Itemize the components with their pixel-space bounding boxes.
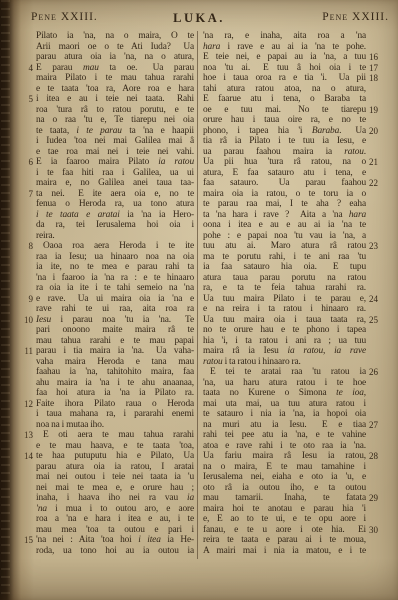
text-line: fenua o Heroda ra, ua tono atura	[36, 199, 194, 210]
verse-text: pari onoono maite maira râ te	[36, 325, 194, 336]
verse-text: e na reira i ta ratou i hinaaro ra.	[203, 304, 366, 315]
book-page: Pene XXIII. LUKA. Pene XXIII. Pilato ia …	[0, 0, 398, 600]
verse-text: Iesu i parau noa 'tu ia 'na. Te	[36, 315, 194, 326]
text-line: ia ite, no te mea e parau rahi ta	[36, 262, 194, 273]
text-line: na o maira, E te mau tamahine i	[203, 462, 366, 473]
verse-text: e, E ao to te ui, e te opu aore i	[203, 514, 366, 525]
text-line: 8Oaoa roa aera Heroda i te ite	[36, 241, 194, 252]
verse-number: 5	[14, 94, 33, 105]
text-line: maira oia ia ratou, o te toru ia o	[203, 189, 366, 200]
text-line: tia râ ia Pilato i te tuu ia Iesu, e	[203, 136, 366, 147]
verse-number: 22	[369, 178, 393, 189]
verse-text: ia ite, no te mea e parau rahi ta	[36, 262, 194, 273]
verse-text: raa ia Iesu; ua hinaaro noa na oia	[36, 252, 194, 263]
running-head-title: LUKA.	[173, 11, 225, 26]
verse-text: hia 'i, i ta ratou i ani ra ; ua tuu	[203, 336, 366, 347]
verse-text: e te mau haava, e te taata 'toa,	[36, 441, 194, 452]
verse-text: tahi atura ratou atoa, na o atura,	[203, 84, 366, 95]
verse-text: parau i tia maira ia 'na. Ua vaha-	[36, 346, 194, 357]
text-line: 30fanau, e te u aore i ote hia. Ei	[203, 525, 366, 536]
text-line: ta 'na hara i rave ? Aita a 'na hara	[203, 210, 366, 221]
text-line: 19oe e tuu mai. No te tiarepu	[203, 105, 366, 116]
verse-number: 21	[369, 157, 393, 168]
verse-text: no te orure hau e te phono i tapea	[203, 325, 366, 336]
text-line: oto râ ia outou iho, e ta outou	[203, 483, 366, 494]
text-line: e tae roa mai nei i teie nei vahi.	[36, 147, 194, 158]
text-line: Pilato ia 'na, na o maira, O te	[36, 31, 194, 42]
verse-text: hara i rave e au ai ia 'na te pohe.	[203, 42, 366, 53]
verse-text: roa a 'na e hara i itea e au, i te	[36, 514, 194, 525]
verse-text: mau tahua rarahi e te mau papai	[36, 336, 194, 347]
text-line: 20phono, i tapea hia 'i Baraba. Ua	[203, 126, 366, 137]
verse-text: ia faa satauro hia oia. E tupu	[203, 262, 366, 273]
text-line: ua parau faahou maira ia ratou.	[203, 147, 366, 158]
page-header: Pene XXIII. LUKA. Pene XXIII.	[0, 11, 398, 27]
verse-text: 'na nei : Aita 'toa hoi i itea ia He-	[36, 535, 194, 546]
text-line: atura, E faa satauro atu i tena, e	[203, 168, 366, 179]
text-line: parau atura oia ia 'na, na o atura,	[36, 52, 194, 63]
verse-text: mai uta mai, ua tuu atura ratou i	[203, 399, 366, 410]
text-line: atoa e rave rahi i te oto raa ia 'na.	[203, 441, 366, 452]
verse-number: 9	[14, 294, 33, 305]
verse-text: i itea e au i teie nei taata. Rahi	[36, 94, 194, 105]
facing-page-text-fragments	[1, 0, 10, 600]
verse-number: 30	[369, 525, 393, 536]
verse-text: te taata, i te parau ta 'na e haapii	[36, 126, 194, 137]
text-line: i te taata e aratai ia 'na ia Hero-	[36, 210, 194, 221]
verse-text: Ierusalema nei, eiaha e oto ia 'u, e	[203, 472, 366, 483]
text-line: te satauro i nia ia 'na, ia hopoi oia	[203, 409, 366, 420]
verse-text: parau atura oia ia ratou, I aratai	[36, 462, 194, 473]
verse-text: inaha, i haava iho nei ra vau ia	[36, 493, 194, 504]
verse-text: Ua pii hua 'tura râ ratou, na o	[203, 157, 366, 168]
verse-text: te parau raa mai, I te aha ? eaha	[203, 199, 366, 210]
text-line: mai uta mai, ua tuu atura ratou i	[203, 399, 366, 410]
text-line: faa hoi atura ia 'na ia Pilato ra.	[36, 388, 194, 399]
text-line: maira Pilato i te mau tahua rarahi	[36, 73, 194, 84]
verse-text: 'na i faaroo ia 'na ra : e te hinaaro	[36, 273, 194, 284]
text-line: pohe : e papai noa 'tu vau ia 'na, a	[203, 231, 366, 242]
verse-text: ua parau faahou maira ia ratou.	[203, 147, 366, 158]
verse-text: maira e, no Galilea anei taua taa-	[36, 178, 194, 189]
text-line: 'na, ua haru atura ratou i te hoe	[203, 378, 366, 389]
verse-text: atoa e rave rahi i te oto raa ia 'na.	[203, 441, 366, 452]
column-left: Pilato ia 'na, na o maira, O teArii maor…	[36, 31, 194, 556]
text-line: reira te taata e parau ai i te moua,	[203, 535, 366, 546]
verse-number: 15	[14, 535, 33, 546]
verse-text: fanau, e te u aore i ote hia. Ei	[203, 525, 366, 536]
text-line: e te mau haava, e te taata 'toa,	[36, 441, 194, 452]
verse-number: 14	[14, 451, 33, 462]
text-line: vaha maira Heroda e tana mau	[36, 357, 194, 368]
text-line: A mairi mai i nia ia matou, e i te	[203, 546, 366, 557]
text-line: da ra, tei Ierusalema hoi oia i	[36, 220, 194, 231]
verse-text: E ia faaroo maira Pilato ia ratou	[36, 157, 194, 168]
verse-text: atura taua parau porutu na ratou	[203, 273, 366, 284]
text-line: no te orure hau e te phono i tapea	[203, 325, 366, 336]
verse-text: A mairi mai i nia ia matou, e i te	[203, 546, 366, 557]
text-line: parau atura oia ia ratou, I aratai	[36, 462, 194, 473]
verse-number: 26	[369, 367, 393, 378]
verse-text: ta 'na hara i rave ? Aita a 'na hara	[203, 210, 366, 221]
text-line: mau tahua rarahi e te mau papai	[36, 336, 194, 347]
text-line: 25Ua tuu maira oia i taua taata ra,	[203, 315, 366, 326]
verse-text: pohe : e papai noa 'tu vau ia 'na, a	[203, 231, 366, 242]
text-line: rahi tei pee atu ia 'na, e te vahine	[203, 430, 366, 441]
text-line: 24Ua tuu maira Pilato i te parau e,	[203, 294, 366, 305]
verse-text: nei mai te mea e, e orure hau ;	[36, 483, 194, 494]
text-line: Arii maori oe o te Ati Iuda? Ua	[36, 42, 194, 53]
verse-text: Ua tuu maira oia i taua taata ra,	[203, 315, 366, 326]
verse-number: 24	[369, 294, 393, 305]
text-line: 27na muri atu ia Iesu. E e tiaa	[203, 420, 366, 431]
verse-text: E faarue atu i tena, o Baraba ta	[203, 94, 366, 105]
verse-text: faa satauro. Ua parau faahou	[203, 178, 366, 189]
verse-text: E teie nei, e papai au ia 'na, a tuu	[203, 52, 366, 63]
verse-text: mau tamarii. Inaha, te fatata	[203, 493, 366, 504]
verse-text: maira râ ia Iesu ia ratou, ia rave	[203, 346, 366, 357]
running-head-left: Pene XXIII.	[31, 11, 98, 23]
text-line: 11parau i tia maira ia 'na. Ua vaha-	[36, 346, 194, 357]
verse-text: noa 'tu ai. E tuu â hoi oia i te	[203, 63, 366, 74]
verse-number: 16	[369, 52, 393, 63]
text-line: i Iudea 'toa nei mai Galilea mai â	[36, 136, 194, 147]
text-line: orure hau i taua oire ra, e no te	[203, 115, 366, 126]
verse-text: parau atura oia ia 'na, na o atura,	[36, 52, 194, 63]
text-line: te parau raa mai, I te aha ? eaha	[203, 199, 366, 210]
verse-text: i Iudea 'toa nei mai Galilea mai â	[36, 136, 194, 147]
verse-text: maira hoi te anotau e parau hia 'i	[203, 504, 366, 515]
verse-text: e tae roa mai nei i teie nei vahi.	[36, 147, 194, 158]
text-line: ratou i ta ratou i hinaaro ra.	[203, 357, 366, 368]
verse-text: vaha maira Heroda e tana mau	[36, 357, 194, 368]
verse-text: E tei te aratai raa 'tu ratou ia	[203, 367, 366, 378]
text-line: hara i rave e au ai ia 'na te pohe.	[203, 42, 366, 53]
verse-text: na muri atu ia Iesu. E e tiaa	[203, 420, 366, 431]
text-line: ma te porutu rahi, i te ani raa 'tu	[203, 252, 366, 263]
verse-text: e te taata 'toa ra, Aore roa e hara	[36, 84, 194, 95]
verse-text: 'na, ua haru atura ratou i te hoe	[203, 378, 366, 389]
verse-text: ratou i ta ratou i hinaaro ra.	[203, 357, 366, 368]
text-line: maira e, no Galilea anei taua taa-	[36, 178, 194, 189]
text-line: ra oia ia ite i te tahi semeio na 'na	[36, 283, 194, 294]
verse-text: rahi tei pee atu ia 'na, e te vahine	[203, 430, 366, 441]
verse-text: tuu atu ai. Maro atura râ ratou	[203, 241, 366, 252]
verse-text: e rave. Ua ui maira oia ia 'na e	[36, 294, 194, 305]
text-line: roda, ua tono hoi au ia outou ia	[36, 546, 194, 557]
verse-text: i te faa hiti raa i Galilea, ua ui	[36, 168, 194, 179]
text-line: 14te haa putuputu hia e Pilato, Ua	[36, 451, 194, 462]
verse-text: Pilato ia 'na, na o maira, O te	[36, 31, 194, 42]
text-line: te taata, i te parau ta 'na e haapii	[36, 126, 194, 137]
verse-number: 12	[14, 399, 33, 410]
text-line: ia faa satauro hia oia. E tupu	[203, 262, 366, 273]
verse-text: ma te porutu rahi, i te ani raa 'tu	[203, 252, 366, 263]
text-line: 21Ua pii hua 'tura râ ratou, na o	[203, 157, 366, 168]
text-line: tahi atura ratou atoa, na o atura,	[203, 84, 366, 95]
verse-text: oto râ ia outou iho, e ta outou	[203, 483, 366, 494]
text-line: 'na ra, e inaha, aita roa a 'na	[203, 31, 366, 42]
verse-number: 20	[369, 126, 393, 137]
verse-number: 28	[369, 451, 393, 462]
verse-text: taata no Kurene o Simona te ioa,	[203, 388, 366, 399]
text-line: 18hoe i taua oroa ra e tia 'i. Ua pii	[203, 73, 366, 84]
verse-text: da ra, tei Ierusalema hoi oia i	[36, 220, 194, 231]
verse-text: reira.	[36, 231, 194, 242]
text-line: E faarue atu i tena, o Baraba ta	[203, 94, 366, 105]
verse-text: ra, e ta te feia tahua rarahi ra.	[203, 283, 366, 294]
verse-text: 'na ra, e inaha, aita roa a 'na	[203, 31, 366, 42]
column-divider-rule	[197, 31, 198, 559]
text-line: e na reira i ta ratou i hinaaro ra.	[203, 304, 366, 315]
verse-text: hoe i taua oroa ra e tia 'i. Ua pii	[203, 73, 366, 84]
verse-number: 17	[369, 63, 393, 74]
verse-text: mau mea 'toa ta outou e pari i	[36, 525, 194, 536]
verse-number: 18	[369, 73, 393, 84]
verse-text: oe e tuu mai. No te tiarepu	[203, 105, 366, 116]
text-line: Ierusalema nei, eiaha e oto ia 'u, e	[203, 472, 366, 483]
text-line: oona i itea e au e au ai ia 'na te	[203, 220, 366, 231]
verse-number: 25	[369, 315, 393, 326]
verse-text: roda, ua tono hoi au ia outou ia	[36, 546, 194, 557]
verse-text: orure hau i taua oire ra, e no te	[203, 115, 366, 126]
column-right: 'na ra, e inaha, aita roa a 'nahara i ra…	[203, 31, 366, 556]
text-line: e, E ao to te ui, e te opu aore i	[203, 514, 366, 525]
text-line: 7ta nei. E ite aera oia e, no te	[36, 189, 194, 200]
verse-text: te haa putuputu hia e Pilato, Ua	[36, 451, 194, 462]
verse-number: 23	[369, 241, 393, 252]
text-line: hia 'i, i ta ratou i ani ra ; ua tuu	[203, 336, 366, 347]
verse-number: 7	[14, 189, 33, 200]
verse-text: Oaoa roa aera Heroda i te ite	[36, 241, 194, 252]
verse-text: oona i itea e au e au ai ia 'na te	[203, 220, 366, 231]
verse-text: Arii maori oe o te Ati Iuda? Ua	[36, 42, 194, 53]
verse-number: 19	[369, 105, 393, 116]
text-line: pari onoono maite maira râ te	[36, 325, 194, 336]
text-line: mai nei outou i teie nei taata ia 'u	[36, 472, 194, 483]
text-line: reira.	[36, 231, 194, 242]
text-line: 12Faite ihora Pilato raua o Heroda	[36, 399, 194, 410]
verse-text: E parau mau ta oe. Ua parau	[36, 63, 194, 74]
verse-text: noa na i mutaa iho.	[36, 420, 194, 431]
text-line: maira hoi te anotau e parau hia 'i	[203, 504, 366, 515]
verse-text: faahau ia 'na, tahitohito maira, faa	[36, 367, 194, 378]
running-head-right: Pene XXIII.	[322, 11, 389, 23]
text-line: roa 'tura râ to ratou porutu, e te	[36, 105, 194, 116]
text-line: rave rahi te ui raa, aita roa ra	[36, 304, 194, 315]
text-line: 'na i faaroo ia 'na ra : e te hinaaro	[36, 273, 194, 284]
verse-text: fenua o Heroda ra, ua tono atura	[36, 199, 194, 210]
text-line: 15'na nei : Aita 'toa hoi i itea ia He-	[36, 535, 194, 546]
text-line: roa a 'na e hara i itea e au, i te	[36, 514, 194, 525]
text-line: noa na i mutaa iho.	[36, 420, 194, 431]
verse-text: Ua tuu maira Pilato i te parau e,	[203, 294, 366, 305]
verse-number: 27	[369, 420, 393, 431]
verse-text: roa 'tura râ to ratou porutu, e te	[36, 105, 194, 116]
verse-text: na o maira, E te mau tamahine i	[203, 462, 366, 473]
verse-text: Ua fariu maira râ Iesu ia ratou,	[203, 451, 366, 462]
text-line: 16E teie nei, e papai au ia 'na, a tuu	[203, 52, 366, 63]
text-line: 23tuu atu ai. Maro atura râ ratou	[203, 241, 366, 252]
verse-text: i taua mahana ra, i pararahi enemi	[36, 409, 194, 420]
verse-text: phono, i tapea hia 'i Baraba. Ua	[203, 126, 366, 137]
text-line: ahu maira ia 'na i te ahu anaanaa,	[36, 378, 194, 389]
verse-text: rave rahi te ui raa, aita roa ra	[36, 304, 194, 315]
verse-number: 11	[14, 346, 33, 357]
text-line: 'na i mua i to outou aro, e aore	[36, 504, 194, 515]
verse-text: tia râ ia Pilato i te tuu ia Iesu, e	[203, 136, 366, 147]
verse-text: i te taata e aratai ia 'na ia Hero-	[36, 210, 194, 221]
text-line: i taua mahana ra, i pararahi enemi	[36, 409, 194, 420]
text-line: raa ia Iesu; ua hinaaro noa na oia	[36, 252, 194, 263]
text-line: 5i itea e au i teie nei taata. Rahi	[36, 94, 194, 105]
text-line: 4E parau mau ta oe. Ua parau	[36, 63, 194, 74]
verse-text: faa hoi atura ia 'na ia Pilato ra.	[36, 388, 194, 399]
verse-text: reira te taata e parau ai i te moua,	[203, 535, 366, 546]
text-line: 28Ua fariu maira râ Iesu ia ratou,	[203, 451, 366, 462]
verse-text: mai nei outou i teie nei taata ia 'u	[36, 472, 194, 483]
verse-text: atura, E faa satauro atu i tena, e	[203, 168, 366, 179]
verse-text: ra oia ia ite i te tahi semeio na 'na	[36, 283, 194, 294]
verse-number: 8	[14, 241, 33, 252]
text-line: 29mau tamarii. Inaha, te fatata	[203, 493, 366, 504]
text-line: 9e rave. Ua ui maira oia ia 'na e	[36, 294, 194, 305]
verse-text: 'na i mua i to outou aro, e aore	[36, 504, 194, 515]
text-line: 17noa 'tu ai. E tuu â hoi oia i te	[203, 63, 366, 74]
text-line: maira râ ia Iesu ia ratou, ia rave	[203, 346, 366, 357]
text-line: 26E tei te aratai raa 'tu ratou ia	[203, 367, 366, 378]
verse-text: E oti aera te mau tahua rarahi	[36, 430, 194, 441]
verse-number: 10	[14, 315, 33, 326]
text-line: nei mai te mea e, e orure hau ;	[36, 483, 194, 494]
text-line: 6E ia faaroo maira Pilato ia ratou	[36, 157, 194, 168]
verse-number: 13	[14, 430, 33, 441]
verse-number: 4	[14, 63, 33, 74]
text-line: e te taata 'toa ra, Aore roa e hara	[36, 84, 194, 95]
text-line: ra, e ta te feia tahua rarahi ra.	[203, 283, 366, 294]
verse-text: maira oia ia ratou, o te toru ia o	[203, 189, 366, 200]
verse-text: na o raa 'tu e, Te tiarepu nei oia	[36, 115, 194, 126]
text-line: mau mea 'toa ta outou e pari i	[36, 525, 194, 536]
verse-text: Faite ihora Pilato raua o Heroda	[36, 399, 194, 410]
text-line: 22faa satauro. Ua parau faahou	[203, 178, 366, 189]
verse-text: te satauro i nia ia 'na, ia hopoi oia	[203, 409, 366, 420]
text-line: na o raa 'tu e, Te tiarepu nei oia	[36, 115, 194, 126]
text-line: i te faa hiti raa i Galilea, ua ui	[36, 168, 194, 179]
text-line: faahau ia 'na, tahitohito maira, faa	[36, 367, 194, 378]
verse-text: ta nei. E ite aera oia e, no te	[36, 189, 194, 200]
verse-number: 29	[369, 493, 393, 504]
text-line: taata no Kurene o Simona te ioa,	[203, 388, 366, 399]
text-line: inaha, i haava iho nei ra vau ia	[36, 493, 194, 504]
text-line: 13E oti aera te mau tahua rarahi	[36, 430, 194, 441]
text-line: atura taua parau porutu na ratou	[203, 273, 366, 284]
verse-text: ahu maira ia 'na i te ahu anaanaa,	[36, 378, 194, 389]
verse-number: 6	[14, 157, 33, 168]
verse-text: maira Pilato i te mau tahua rarahi	[36, 73, 194, 84]
text-line: 10Iesu i parau noa 'tu ia 'na. Te	[36, 315, 194, 326]
